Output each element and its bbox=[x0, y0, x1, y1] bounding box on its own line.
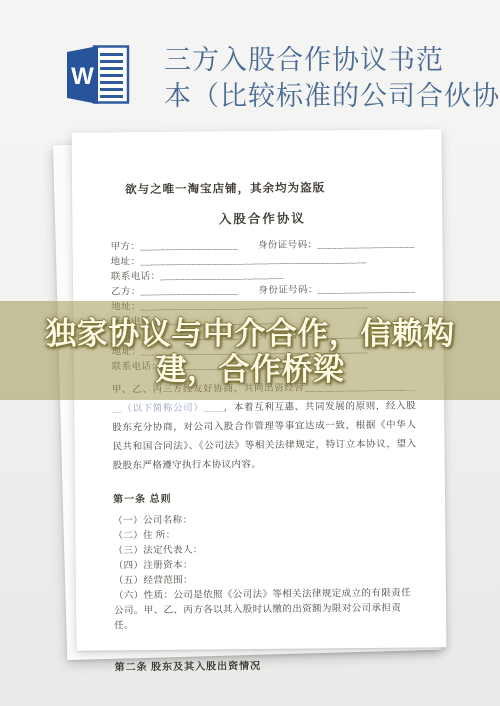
word-file-icon: W bbox=[67, 45, 130, 105]
file-header: W 三方入股合作协议书范 本（比较标准的公司合伙协议 bbox=[0, 0, 500, 125]
anti-piracy-notice: 欲与之唯一淘宝店铺，其余均为盗版 bbox=[125, 179, 414, 198]
contract-title: 入股合作协议 bbox=[110, 208, 414, 229]
word-icon-letter: W bbox=[71, 63, 94, 90]
form-line-party-b: 乙方：___________________ 身份证号码：___________… bbox=[111, 282, 415, 300]
section1-heading: 第一条 总则 bbox=[113, 487, 417, 505]
document-preview-screen: W 三方入股合作协议书范 本（比较标准的公司合伙协议 欲与之唯一淘宝店铺，其余均… bbox=[0, 0, 500, 706]
file-title-line2: 本（比较标准的公司合伙协议 bbox=[164, 78, 500, 114]
section2-heading: 第二条 股东及其入股出资情况 bbox=[115, 655, 419, 673]
banner-text-line1: 独家协议与中介合作，信赖构 bbox=[45, 316, 455, 352]
file-title-line1: 三方入股合作协议书范 bbox=[164, 42, 500, 78]
file-title: 三方入股合作协议书范 本（比较标准的公司合伙协议 bbox=[164, 42, 500, 114]
form-line-party-a: 甲方：___________________ 身份证号码：___________… bbox=[111, 237, 415, 255]
promo-overlay-banner: 独家协议与中介合作，信赖构 建，合作桥梁 bbox=[0, 301, 500, 400]
section1-items: （一）公司名称： （二）住 所： （三）法定代表人： （四）注册资本： （五）经… bbox=[113, 511, 418, 634]
item-nature: （六）性质：公司是依照《公司法》等相关法律规定成立的有限责任公司。甲、乙、丙方各… bbox=[114, 586, 418, 634]
banner-text-line2: 建，合作桥梁 bbox=[156, 352, 345, 388]
